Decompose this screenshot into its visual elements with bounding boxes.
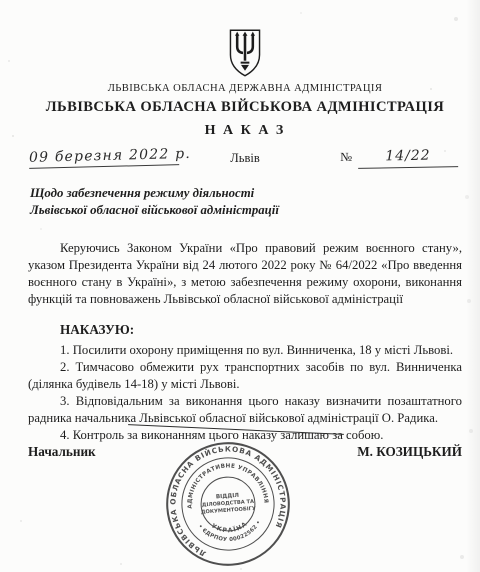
number-block: № 14/22 [340, 148, 458, 168]
subject-line-1: Щодо забезпечення режиму діяльності [30, 185, 462, 202]
order-item-2: 2. Тимчасово обмежити рух транспортних з… [28, 359, 462, 393]
meta-row: 09 березня 2022 р. Львів № 14/22 [28, 148, 462, 174]
signature-position: Начальник [28, 444, 96, 460]
order-item-1: 1. Посилити охорону приміщення по вул. В… [28, 342, 462, 359]
order-item-3: 3. Відповідальним за виконання цього нак… [28, 393, 462, 427]
subject-block: Щодо забезпечення режиму діяльності Льві… [30, 185, 462, 219]
letterhead-org: ЛЬВІВСЬКА ОБЛАСНА ВІЙСЬКОВА АДМІНІСТРАЦІ… [28, 99, 462, 116]
order-keyword: НАКАЗУЮ: [28, 321, 462, 338]
order-items: 1. Посилити охорону приміщення по вул. В… [28, 342, 462, 444]
signature-name: М. КОЗИЦЬКИЙ [357, 444, 462, 460]
number-sign: № [340, 148, 352, 165]
preamble-paragraph: Керуючись Законом України «Про правовий … [28, 240, 462, 308]
doc-type-title: Н А К А З [28, 123, 462, 139]
stamp-center-line-1: ВІДДІЛ [216, 493, 240, 501]
trident-emblem-icon [225, 27, 265, 79]
letterhead-parent-org: ЛЬВІВСЬКА ОБЛАСНА ДЕРЖАВНА АДМІНІСТРАЦІЯ [28, 83, 462, 94]
number-handwritten: 14/22 [358, 147, 458, 169]
official-stamp: ЛЬВІВСЬКА ОБЛАСНА ВІЙСЬКОВА АДМІНІСТРАЦІ… [160, 436, 297, 572]
scan-noise [0, 0, 2, 2]
scan-edge-shade [466, 0, 480, 572]
subject-line-2: Львівської обласної військової адміністр… [30, 202, 462, 219]
scanned-order-page: ЛЬВІВСЬКА ОБЛАСНА ДЕРЖАВНА АДМІНІСТРАЦІЯ… [0, 0, 480, 572]
